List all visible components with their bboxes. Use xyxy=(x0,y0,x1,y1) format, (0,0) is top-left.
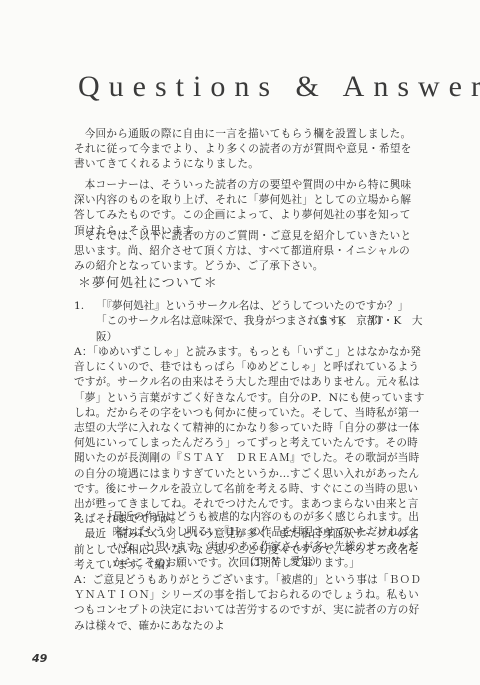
answer-text: A：ご意見どうもありがとうございます。「被虐的」という事は「ＢＯＤＹＮＡＴＩＯＮ… xyxy=(74,573,426,634)
answer-text: A：「ゆめいずこしゃ」と読みます。もっとも「いずこ」とはなかなか発音しにくいので… xyxy=(74,345,426,527)
question-number: 2. xyxy=(74,510,94,525)
question-text: 「『夢何処社』というサークル名は、どうしてついたのですか？」 xyxy=(96,299,424,314)
intro-paragraph-3: それでは、以下に読者の方のご質問・ご意見を紹介していきたいと思います。尚、紹介さ… xyxy=(74,229,414,275)
answer-2: A：ご意見どうもありがとうございます。「被虐的」という事は「ＢＯＤＹＮＡＴＩＯＮ… xyxy=(74,573,426,634)
section-heading: ＊夢何処社について＊ xyxy=(78,272,218,291)
question-1: 1. 「『夢何処社』というサークル名は、どうしてついたのですか？」 （S・K 京… xyxy=(74,299,424,345)
question-number: 1. xyxy=(74,299,94,314)
page-number: 49 xyxy=(32,652,47,665)
intro-text: 今回から通販の際に自由に一言を描いてもらう欄を設置しました。それに従って今までよ… xyxy=(74,127,414,173)
document-page: Questions & Answers 今回から通販の際に自由に一言を描いてもら… xyxy=(0,0,480,685)
question-signature: （T・Y 愛知） xyxy=(244,555,322,570)
intro-text: それでは、以下に読者の方のご質問・ご意見を紹介していきたいと思います。尚、紹介さ… xyxy=(74,229,414,275)
intro-paragraph-1: 今回から通販の際に自由に一言を描いてもらう欄を設置しました。それに従って今までよ… xyxy=(74,127,414,173)
question-text: 「このサークル名は意味深で、我身がつまされます」 xyxy=(96,315,350,327)
question-2: 2. 「最近の作品はどうも被虐的な内容のものが多く感じられます。出来ればもう少し… xyxy=(74,510,424,571)
page-title: Questions & Answers xyxy=(78,70,480,104)
